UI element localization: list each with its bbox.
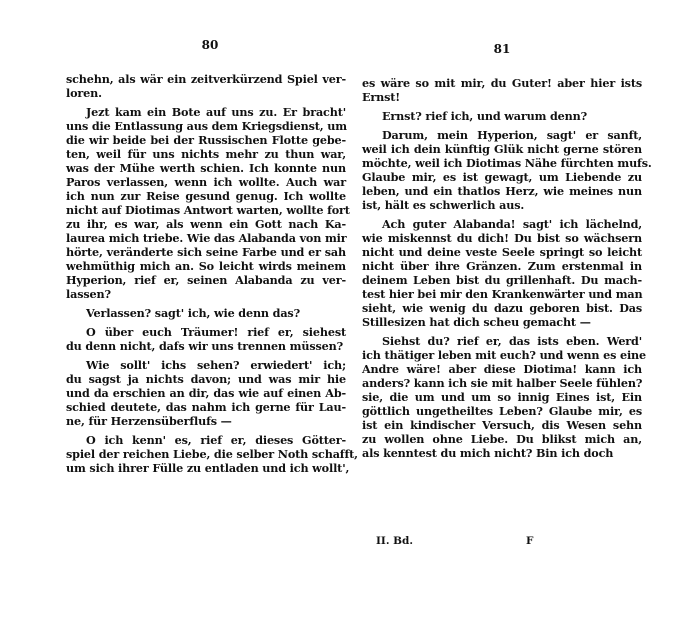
- signature-mark: F: [526, 535, 533, 547]
- text-line: Siehst du? rief er, das ists eben. Werd': [362, 334, 642, 348]
- text-line: es wäre so mit mir, du Guter! aber hier …: [362, 76, 642, 90]
- page-body: schehn, als wär ein zeitverkürzend Spiel…: [66, 72, 346, 475]
- text-line: Verlassen? sagt' ich, wie denn das?: [66, 306, 346, 320]
- text-line: deinem Leben bist du grillenhaft. Du mac…: [362, 273, 642, 287]
- paragraph: O ich kenn' es, rief er, dieses Götter-s…: [66, 433, 346, 475]
- text-line: Hyperion, rief er, seinen Alabanda zu ve…: [66, 273, 346, 287]
- text-line: nicht über ihre Gränzen. Zum erstenmal i…: [362, 259, 642, 273]
- text-line: anders? kann ich sie mit halber Seele fü…: [362, 376, 642, 390]
- page-footer: II. Bd. F: [376, 535, 642, 547]
- text-line: Glaube mir, es ist gewagt, um Liebende z…: [362, 170, 642, 184]
- text-line: ich thätiger leben mit euch? und wenn es…: [362, 348, 642, 362]
- text-line: O über euch Träumer! rief er, siehest: [66, 325, 346, 339]
- text-line: spiel der reichen Liebe, die selber Noth…: [66, 447, 346, 461]
- text-line: zu wollen ohne Liebe. Du blikst mich an,: [362, 432, 642, 446]
- paragraph: Jezt kam ein Bote auf uns zu. Er bracht'…: [66, 105, 346, 301]
- volume-mark: II. Bd.: [376, 535, 413, 547]
- text-line: ich nun zur Reise gesund genug. Ich woll…: [66, 189, 346, 203]
- text-line: wie miskennst du dich! Du bist so wächse…: [362, 231, 642, 245]
- text-line: ist ein kindischer Versuch, dis Wesen se…: [362, 418, 642, 432]
- text-line: um sich ihrer Fülle zu entladen und ich …: [66, 461, 346, 475]
- text-line: Darum, mein Hyperion, sagt' er sanft,: [362, 128, 642, 142]
- text-line: weil ich dein künftig Glük nicht gerne s…: [362, 142, 642, 156]
- paragraph: Wie sollt' ichs sehen? erwiedert' ich;du…: [66, 358, 346, 428]
- text-line: schehn, als wär ein zeitverkürzend Spiel…: [66, 72, 346, 86]
- text-line: göttlich ungetheiltes Leben? Glaube mir,…: [362, 404, 642, 418]
- paragraph: O über euch Träumer! rief er, siehestdu …: [66, 325, 346, 353]
- text-line: Ernst? rief ich, und warum denn?: [362, 109, 642, 123]
- text-line: ten, weil für uns nichts mehr zu thun wa…: [66, 147, 346, 161]
- text-line: möchte, weil ich Diotimas Nähe fürchten …: [362, 156, 642, 170]
- page-number: 80: [70, 38, 350, 52]
- paragraph: Ernst? rief ich, und warum denn?: [362, 109, 642, 123]
- paragraph: es wäre so mit mir, du Guter! aber hier …: [362, 76, 642, 104]
- paragraph: Darum, mein Hyperion, sagt' er sanft,wei…: [362, 128, 642, 212]
- text-line: du sagst ja nichts davon; und was mir hi…: [66, 372, 346, 386]
- text-line: Andre wäre! aber diese Diotima! kann ich: [362, 362, 642, 376]
- paragraph: Siehst du? rief er, das ists eben. Werd'…: [362, 334, 642, 460]
- text-line: Paros verlassen, wenn ich wollte. Auch w…: [66, 175, 346, 189]
- text-line: Jezt kam ein Bote auf uns zu. Er bracht': [66, 105, 346, 119]
- text-line: leben, und ein thatlos Herz, wie meines …: [362, 184, 642, 198]
- text-line: Stillesizen hat dich scheu gemacht —: [362, 315, 642, 329]
- page-body: es wäre so mit mir, du Guter! aber hier …: [362, 76, 642, 460]
- paragraph: Verlassen? sagt' ich, wie denn das?: [66, 306, 346, 320]
- text-line: ne, für Herzensüberflufs —: [66, 414, 346, 428]
- text-line: was der Mühe werth schien. Ich konnte nu…: [66, 161, 346, 175]
- text-line: du denn nicht, dafs wir uns trennen müss…: [66, 339, 346, 353]
- text-line: sie, die um und um so innig Eines ist, E…: [362, 390, 642, 404]
- text-line: nicht auf Diotimas Antwort warten, wollt…: [66, 203, 346, 217]
- text-line: die wir beide bei der Russischen Flotte …: [66, 133, 346, 147]
- paragraph: schehn, als wär ein zeitverkürzend Spiel…: [66, 72, 346, 100]
- text-line: ist, hält es schwerlich aus.: [362, 198, 642, 212]
- text-line: Wie sollt' ichs sehen? erwiedert' ich;: [66, 358, 346, 372]
- text-line: O ich kenn' es, rief er, dieses Götter-: [66, 433, 346, 447]
- text-line: loren.: [66, 86, 346, 100]
- page-number: 81: [362, 42, 642, 56]
- text-line: wehmüthig mich an. So leicht wirds meine…: [66, 259, 346, 273]
- text-line: zu ihr, es war, als wenn ein Gott nach K…: [66, 217, 346, 231]
- text-line: test hier bei mir den Krankenwärter und …: [362, 287, 642, 301]
- text-line: Ernst!: [362, 90, 642, 104]
- text-line: schied deutete, das nahm ich gerne für L…: [66, 400, 346, 414]
- text-line: Ach guter Alabanda! sagt' ich lächelnd,: [362, 217, 642, 231]
- text-line: und da erschien an dir, das wie auf eine…: [66, 386, 346, 400]
- text-line: als kenntest du mich nicht? Bin ich doch: [362, 446, 642, 460]
- text-line: hörte, veränderte sich seine Farbe und e…: [66, 245, 346, 259]
- text-line: laurea mich triebe. Wie das Alabanda von…: [66, 231, 346, 245]
- text-line: nicht und deine veste Seele springt so l…: [362, 245, 642, 259]
- paragraph: Ach guter Alabanda! sagt' ich lächelnd,w…: [362, 217, 642, 329]
- text-line: lassen?: [66, 287, 346, 301]
- text-line: uns die Entlassung aus dem Kriegsdienst,…: [66, 119, 346, 133]
- text-line: sieht, wie wenig du dazu geboren bist. D…: [362, 301, 642, 315]
